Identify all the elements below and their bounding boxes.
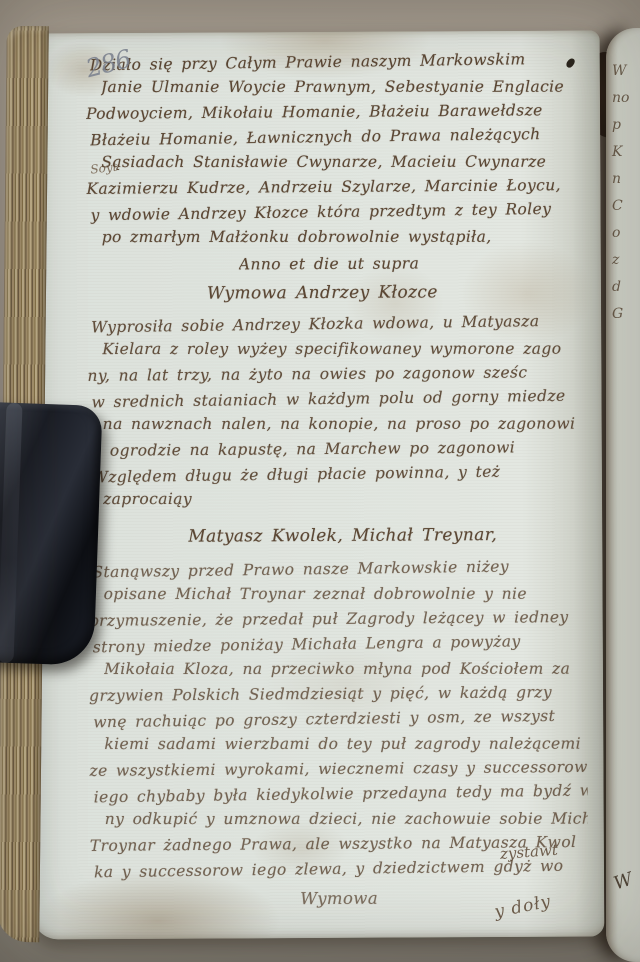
manuscript-line: na nawznach nalen, na konopie, na proso …	[103, 412, 586, 437]
opposite-page-text-fragment: C	[606, 193, 640, 220]
handwritten-text-block: Działo się przy Całym Prawie naszym Mark…	[88, 31, 589, 940]
paragraph-widow-provision: Wyprosiła sobie Andrzey Kłozka wdowa, u …	[89, 311, 586, 514]
opposite-page-text-fragment: G	[606, 301, 640, 328]
manuscript-line: po zmarłym Małżonku dobrowolnie wystąpił…	[102, 225, 585, 250]
opposite-page-text-fragment: d	[606, 274, 640, 301]
manuscript-line: Wyprosiła sobie Andrzey Kłozka wdowa, u …	[91, 308, 585, 340]
paragraph-court-preamble: Działo się przy Całym Prawie naszym Mark…	[88, 49, 585, 252]
opposite-page-scribble: W	[611, 869, 635, 895]
manuscript-line: Działo się przy Całym Prawie naszym Mark…	[90, 46, 584, 78]
opposite-page-text-fragment: p	[606, 112, 640, 139]
opposite-page-text-fragment: o	[606, 220, 640, 247]
latin-dateline: Anno et die ut supra	[239, 251, 585, 278]
opposite-page-sliver: W no p K n C o z d G W	[606, 28, 640, 962]
manuscript-line: Kielara z roley wyżey specifikowaney wym…	[102, 337, 585, 362]
manuscript-photo-scene: W no p K n C o z d G W 286 Soyt Działo s…	[0, 0, 640, 962]
opposite-page-text-fragment: W	[606, 58, 640, 85]
manuscript-line: zaprocaiąy	[103, 487, 586, 512]
manuscript-line: kiemi sadami wierzbami do tey puł zagrod…	[104, 732, 587, 757]
manuscript-line: Janie Ulmanie Woycie Prawnym, Sebestyani…	[101, 75, 584, 100]
manuscript-line: ny odkupić y umznowa dzieci, nie zachowu…	[105, 807, 588, 832]
opposite-page-text-fragment: z	[606, 247, 640, 274]
opposite-page-text-fragment: n	[606, 166, 640, 193]
section-heading-kwolek-treynar: Matyasz Kwolek, Michał Treynar,	[188, 523, 586, 550]
manuscript-line: Mikołaia Kloza, na przeciwko młyna pod K…	[104, 657, 587, 682]
overlapping-dark-book-corner	[0, 402, 103, 666]
section-heading-wymowa-klozce: Wymowa Andrzey Kłozce	[207, 280, 585, 307]
manuscript-line: opisane Michał Troynar zeznał dobrowolni…	[104, 582, 587, 607]
opposite-page-text-fragment: K	[606, 139, 640, 166]
manuscript-line: Sąsiadach Stanisławie Cwynarze, Macieiu …	[101, 150, 584, 175]
paragraph-sale-record: Stanąwszy przed Prawo nasze Markowskie n…	[90, 556, 588, 884]
opposite-page-text-fragment: no	[606, 85, 640, 112]
manuscript-line: Stanąwszy przed Prawo nasze Markowskie n…	[92, 553, 586, 585]
manuscript-page: 286 Soyt Działo się przy Całym Prawie na…	[28, 31, 605, 940]
